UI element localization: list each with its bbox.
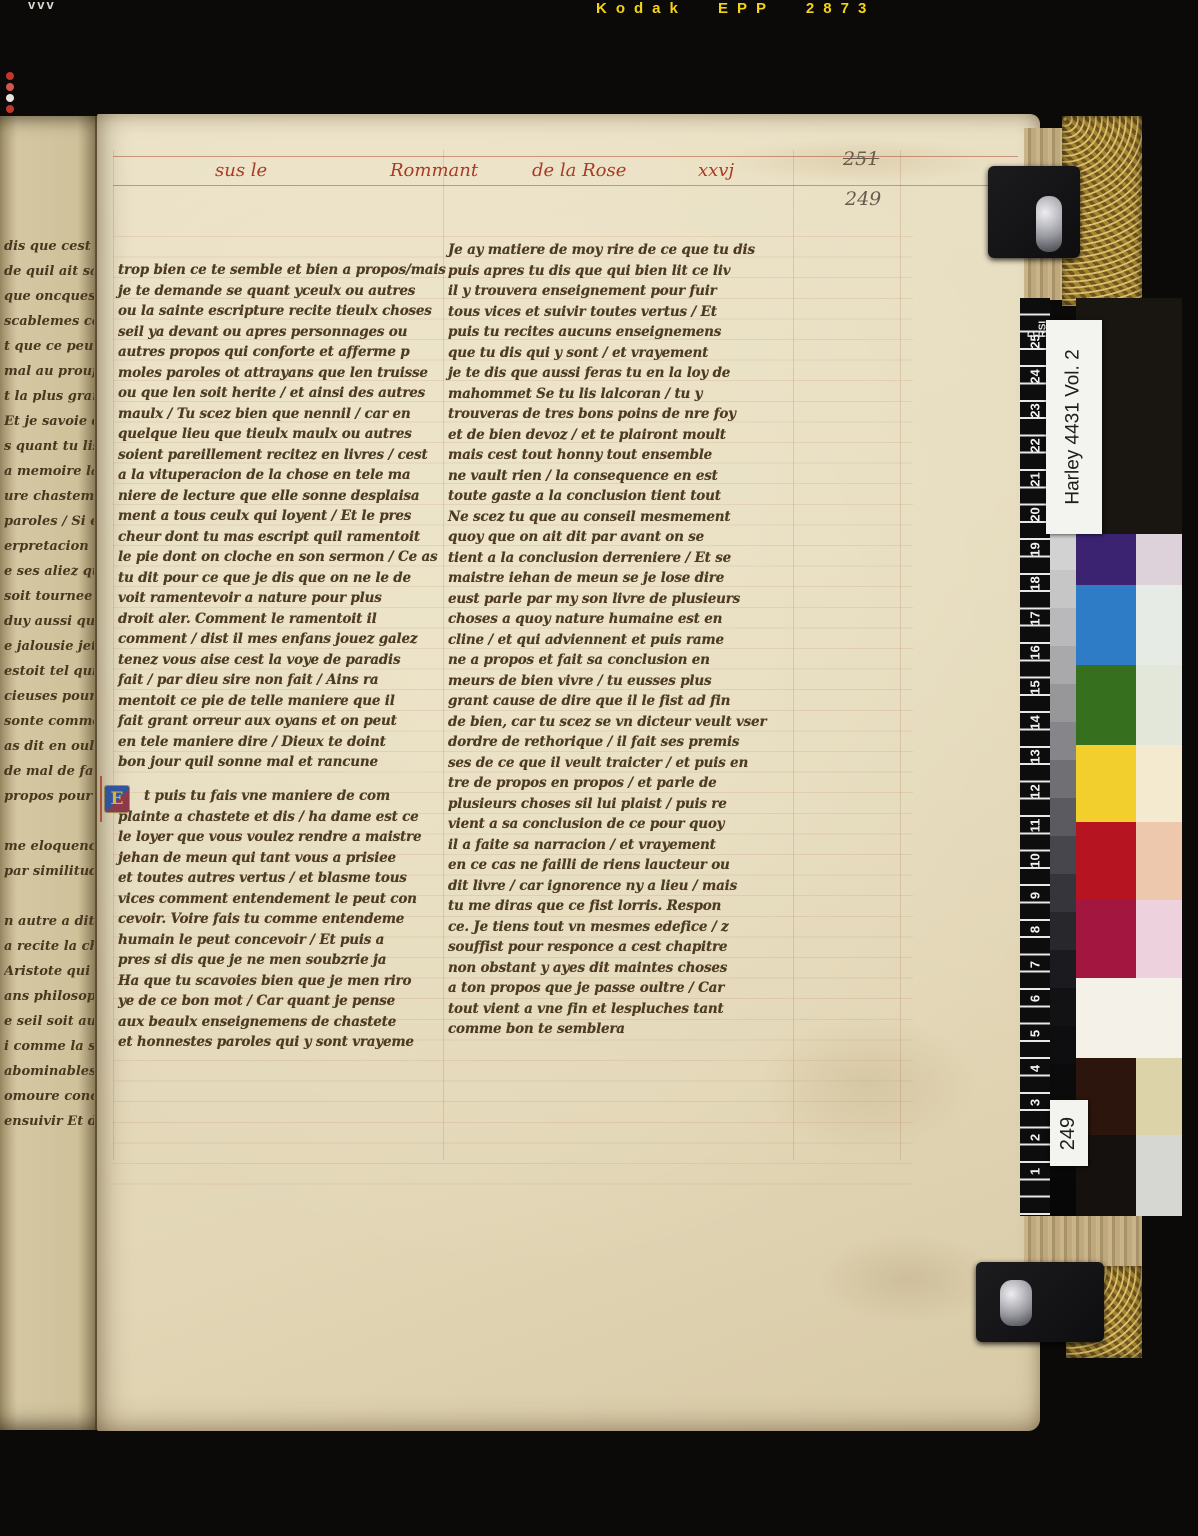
grayscale-step (1050, 836, 1076, 874)
text-line: il y trouvera enseignement pour fuir (448, 281, 793, 302)
margin-fragment-line: n autre a dit q (4, 909, 94, 934)
margin-fragment-line: e jalousie jetta (4, 634, 94, 659)
text-line: tenez vous aise cest la voye de paradis (118, 650, 448, 671)
text-line: ou que len soit herite / et ainsi des au… (118, 383, 448, 404)
color-patch-magenta (1076, 900, 1136, 978)
margin-text-fragments: dis que cestde quil ait sa pque oncques … (4, 234, 94, 1134)
pale-patch-red (1136, 822, 1182, 900)
ruler-number: 22 (1028, 434, 1043, 456)
text-line: cevoir. Voire fais tu comme entendeme (118, 909, 448, 930)
margin-fragment-line: paroles / Si est (4, 509, 94, 534)
text-line: ne vault rien / la consequence en est (448, 466, 793, 487)
ruler-number: 1 (1028, 1161, 1043, 1183)
margin-fragment-line: abominables p (4, 1059, 94, 1084)
margin-fragment-line: soit tournee a l (4, 584, 94, 609)
pale-patch-black-2 (1136, 1135, 1182, 1216)
folio-number-old-crossed: 251 (843, 148, 879, 170)
text-line: jehan de meun qui tant vous a prisiee (118, 848, 448, 869)
text-line: trouveras de tres bons poins de nre foy (448, 404, 793, 425)
folio-label-text: 249 (1058, 1116, 1081, 1149)
ruling-line-top-2 (113, 185, 1018, 186)
pale-patch-magenta (1136, 900, 1182, 978)
color-patch-green (1076, 665, 1136, 745)
film-punch-dot (6, 83, 14, 91)
text-line: que tu dis qui y sont / et vrayement (448, 343, 793, 364)
film-punch-dot (6, 72, 14, 80)
grayscale-step (1050, 684, 1076, 722)
text-line: plusieurs choses sil lui plaist / puis r… (448, 794, 793, 815)
text-line: fait / par dieu sire non fait / Ains ra (118, 670, 448, 691)
text-line: seil ya devant ou apres personnages ou (118, 322, 448, 343)
margin-fragment-line: i comme la sain (4, 1034, 94, 1059)
grayscale-step (1050, 874, 1076, 912)
margin-fragment-line: mal au prouffit (4, 359, 94, 384)
retaining-clip-top (988, 166, 1080, 258)
text-line: autres propos qui conforte et afferme p (118, 342, 448, 363)
grayscale-step (1050, 532, 1076, 570)
ruler-number: 5 (1028, 1023, 1043, 1045)
ruler-number: 17 (1028, 607, 1043, 629)
initial-pen-flourish (100, 776, 102, 822)
text-line: et de bien devoz / et te plairont moult (448, 425, 793, 446)
grayscale-step (1050, 608, 1076, 646)
grayscale-step (1050, 1026, 1076, 1064)
text-line: niere de lecture que elle sonne desplais… (118, 486, 448, 507)
text-line: fait grant orreur aux oyans et on peut (118, 711, 448, 732)
margin-fragment-line: s quant tu lis (4, 434, 94, 459)
text-line: le pie dont on cloche en son sermon / Ce… (118, 547, 448, 568)
margin-fragment-line: ure chastement (4, 484, 94, 509)
text-line: je te dis que aussi feras tu en la loy d… (448, 363, 793, 384)
text-column-1-paragraph-2: t puis tu fais vne maniere de complainte… (118, 786, 448, 1053)
ruler-number: 13 (1028, 746, 1043, 768)
text-line: souffist pour responce a cest chapitre (448, 937, 793, 958)
text-line: tu me diras que ce fist lorris. Respon (448, 896, 793, 917)
margin-fragment-line: me eloquence a (4, 834, 94, 859)
text-line: ment a tous ceulx qui loyent / Et le pre… (118, 506, 448, 527)
text-line: ye de ce bon mot / Car quant je pense (118, 991, 448, 1012)
grayscale-step (1050, 570, 1076, 608)
pale-patch-blue (1136, 585, 1182, 665)
clip-pin-top (1036, 196, 1062, 252)
text-line: cheur dont tu mas escript quil ramentoit (118, 527, 448, 548)
ruling-line-top (113, 156, 1018, 157)
manuscript-page: sus le Rommant de la Rose xxvj 251 249 t… (97, 114, 1040, 1431)
text-line: ses de ce que il veult traicter / et pui… (448, 753, 793, 774)
text-line: toute gaste a la conclusion tient tout (448, 486, 793, 507)
ruler-number: 4 (1028, 1057, 1043, 1079)
margin-fragment-line: cieuses pour lo (4, 684, 94, 709)
ruler-number: 2 (1028, 1126, 1043, 1148)
text-line: vient a sa conclusion de ce pour quoy (448, 814, 793, 835)
text-line: Je ay matiere de moy rire de ce que tu d… (448, 240, 793, 261)
rubric-running-title-right: de la Rose (532, 160, 626, 181)
margin-fragment-line: omoure concert (4, 1084, 94, 1109)
margin-fragment-line: de quil ait sa p (4, 259, 94, 284)
ruler-number: 14 (1028, 711, 1043, 733)
text-line: mentoit ce pie de telle maniere que il (118, 691, 448, 712)
ruler-number: 9 (1028, 884, 1043, 906)
margin-fragment-line: e ses aliez quer (4, 559, 94, 584)
margin-fragment-line: t la plus grant (4, 384, 94, 409)
ruler-number: 18 (1028, 573, 1043, 595)
text-line: voit ramentevoir a nature pour plus (118, 588, 448, 609)
pale-patch-purple (1136, 534, 1182, 585)
parchment-stain (817, 1234, 997, 1324)
text-line: ce. Je tiens tout vn mesmes edefice / z (448, 917, 793, 938)
pale-patch-green (1136, 665, 1182, 745)
text-line: puis apres tu dis que qui bien lit ce li… (448, 261, 793, 282)
margin-fragment-line: dis que cest (4, 234, 94, 259)
text-line: en tele maniere dire / Dieux te doint (118, 732, 448, 753)
grayscale-step (1050, 912, 1076, 950)
text-line: de bien, car tu scez se vn dicteur veult… (448, 712, 793, 733)
text-column-1-paragraph-1: trop bien ce te semble et bien a propos/… (118, 260, 448, 773)
ruler-number: 6 (1028, 988, 1043, 1010)
pale-patch-black (1136, 298, 1182, 534)
text-line: quoy que on ait dit par avant on se (448, 527, 793, 548)
margin-fragment-line: ans philosophes (4, 984, 94, 1009)
margin-fragment-line (4, 884, 94, 909)
text-line: mahommet Se tu lis lalcoran / tu y (448, 384, 793, 405)
rubric-running-title-center: Rommant (390, 160, 478, 181)
rubric-running-title-left: sus le (215, 160, 267, 181)
ruler-number: 16 (1028, 642, 1043, 664)
text-line: humain le peut concevoir / Et puis a (118, 930, 448, 951)
margin-fragment-line: t que ce peut es (4, 334, 94, 359)
margin-fragment-line: sonte comme (4, 709, 94, 734)
text-line: puis tu recites aucuns enseignemens (448, 322, 793, 343)
margin-fragment-line: de mal de fame (4, 759, 94, 784)
text-line: bon jour quil sonne mal et rancune (118, 752, 448, 773)
text-line: et toutes autres vertus / et blasme tous (118, 868, 448, 889)
film-stock-label: Kodak EPP 2873 (596, 0, 875, 17)
text-line: a ton propos que je passe oultre / Car (448, 978, 793, 999)
margin-fragment-line: a memoire la loy (4, 459, 94, 484)
grayscale-step (1050, 722, 1076, 760)
folio-label: 249 (1050, 1100, 1088, 1166)
text-line: eust parle par my son livre de plusieurs (448, 589, 793, 610)
pale-patch-yellow (1136, 745, 1182, 822)
color-patch-purple (1076, 534, 1136, 585)
ruler-number: 25 (1028, 331, 1043, 353)
text-line: t puis tu fais vne maniere de com (118, 786, 448, 807)
text-line: tous vices et suivir toutes vertus / Et (448, 302, 793, 323)
margin-fragment-line (4, 809, 94, 834)
text-line: ne a propos et fait sa conclusion en (448, 650, 793, 671)
text-line: comment / dist il mes enfans jouez galez (118, 629, 448, 650)
photograph-frame: Kodak EPP 2873 vvv dis que cestde quil a… (0, 0, 1198, 1536)
text-line: choses a quoy nature humaine est en (448, 609, 793, 630)
text-line: le loyer que vous voulez rendre a maistr… (118, 827, 448, 848)
ruler-number: 24 (1028, 365, 1043, 387)
text-line: plainte a chastete et dis / ha dame est … (118, 807, 448, 828)
ruler-number: 10 (1028, 850, 1043, 872)
margin-fragment-line: duy aussi quel (4, 609, 94, 634)
text-line: je te demande se quant yceulx ou autres (118, 281, 448, 302)
margin-fragment-line: e seil soit auq (4, 1009, 94, 1034)
text-line: maulx / Tu scez bien que nennil / car en (118, 404, 448, 425)
ruler-number: 19 (1028, 538, 1043, 560)
text-line: mais cest tout honny tout ensemble (448, 445, 793, 466)
pale-patch-dark-brown (1136, 1058, 1182, 1135)
ruler-number: 15 (1028, 677, 1043, 699)
margin-fragment-line: propos pour d (4, 784, 94, 809)
pale-patch-white (1136, 978, 1182, 1058)
text-line: Ha que tu scavoies bien que je men riro (118, 971, 448, 992)
margin-fragment-line: as dit en oultre (4, 734, 94, 759)
film-punch-dot (6, 94, 14, 102)
text-line: tient a la conclusion derreniere / Et se (448, 548, 793, 569)
text-line: comme bon te semblera (448, 1019, 793, 1040)
rubric-chapter-numeral: xxvj (698, 160, 734, 181)
ruler-number: 21 (1028, 469, 1043, 491)
text-line: ou la sainte escripture recite tieulx ch… (118, 301, 448, 322)
margin-fragment-line: ensuivir Et dis (4, 1109, 94, 1134)
grayscale-step (1050, 1178, 1076, 1216)
color-patch-blue (1076, 585, 1136, 665)
text-line: pres si dis que je ne men soubzrie ja (118, 950, 448, 971)
grayscale-step (1050, 1064, 1076, 1102)
ruler-number: 12 (1028, 780, 1043, 802)
text-column-2: Je ay matiere de moy rire de ce que tu d… (448, 240, 793, 1040)
text-line: moles paroles ot attrayans que len truis… (118, 363, 448, 384)
margin-fragment-line: Et je savoie d (4, 409, 94, 434)
ruler-number: 7 (1028, 953, 1043, 975)
grayscale-step (1050, 988, 1076, 1026)
previous-folio-edge: dis que cestde quil ait sa pque oncques … (0, 116, 97, 1430)
margin-fragment-line: erpretacion que (4, 534, 94, 559)
ruler-number: 3 (1028, 1092, 1043, 1114)
grayscale-step (1050, 646, 1076, 684)
shelfmark-label: Harley 4431 Vol. 2 (1046, 320, 1102, 534)
clip-pin-bottom (1000, 1280, 1032, 1326)
margin-fragment-line: que oncques m (4, 284, 94, 309)
shelfmark-label-text: Harley 4431 Vol. 2 (1063, 349, 1085, 504)
margin-fragment-line: a recite la chose (4, 934, 94, 959)
text-line: vices comment entendement le peut con (118, 889, 448, 910)
color-patch-white (1076, 978, 1136, 1058)
text-line: en ce cas ne failli de riens laucteur ou (448, 855, 793, 876)
ruler-number: 20 (1028, 504, 1043, 526)
text-line: aux beaulx enseignemens de chastete (118, 1012, 448, 1033)
margin-fragment-line: scablemes come (4, 309, 94, 334)
grayscale-step (1050, 798, 1076, 836)
text-line: tout vient a vne fin et lespluches tant (448, 999, 793, 1020)
text-line: droit aler. Comment le ramentoit il (118, 609, 448, 630)
folio-number-current: 249 (845, 188, 881, 210)
text-line: soient pareillement recitez en livres / … (118, 445, 448, 466)
text-line: grant cause de dire que il le fist ad fi… (448, 691, 793, 712)
film-edge-marks: vvv (28, 0, 56, 12)
text-line: tu dit pour ce que je dis que on ne le d… (118, 568, 448, 589)
text-line: dit livre / car ignorence ny a lieu / ma… (448, 876, 793, 897)
color-patch-red (1076, 822, 1136, 900)
text-line: cline / et qui adviennent et puis rame (448, 630, 793, 651)
color-patch-yellow (1076, 745, 1136, 822)
text-line: quelque lieu que tieulx maulx ou autres (118, 424, 448, 445)
text-line: et honnestes paroles qui y sont vrayeme (118, 1032, 448, 1053)
text-line: maistre iehan de meun se je lose dire (448, 568, 793, 589)
text-line: tre de propos en propos / et parle de (448, 773, 793, 794)
retaining-clip-bottom (976, 1262, 1104, 1342)
margin-fragment-line: par similitude q (4, 859, 94, 884)
ruler-number: 11 (1028, 815, 1043, 837)
ruler-number: 8 (1028, 919, 1043, 941)
margin-fragment-line: estoit tel qui fist (4, 659, 94, 684)
text-line: il a faite sa narracion / et vrayement (448, 835, 793, 856)
text-line: trop bien ce te semble et bien a propos/… (118, 260, 448, 281)
margin-fragment-line: Aristote qui ne (4, 959, 94, 984)
text-line: meurs de bien vivre / tu eusses plus (448, 671, 793, 692)
ruler-number: 23 (1028, 400, 1043, 422)
text-line: non obstant y ayes dit maintes choses (448, 958, 793, 979)
text-line: Ne scez tu que au conseil mesmement (448, 507, 793, 528)
film-punch-dot (6, 105, 14, 113)
grayscale-step (1050, 950, 1076, 988)
grayscale-step (1050, 760, 1076, 798)
text-line: dordre de rethorique / il fait ses premi… (448, 732, 793, 753)
text-line: a la vituperacion de la chose en tele ma (118, 465, 448, 486)
